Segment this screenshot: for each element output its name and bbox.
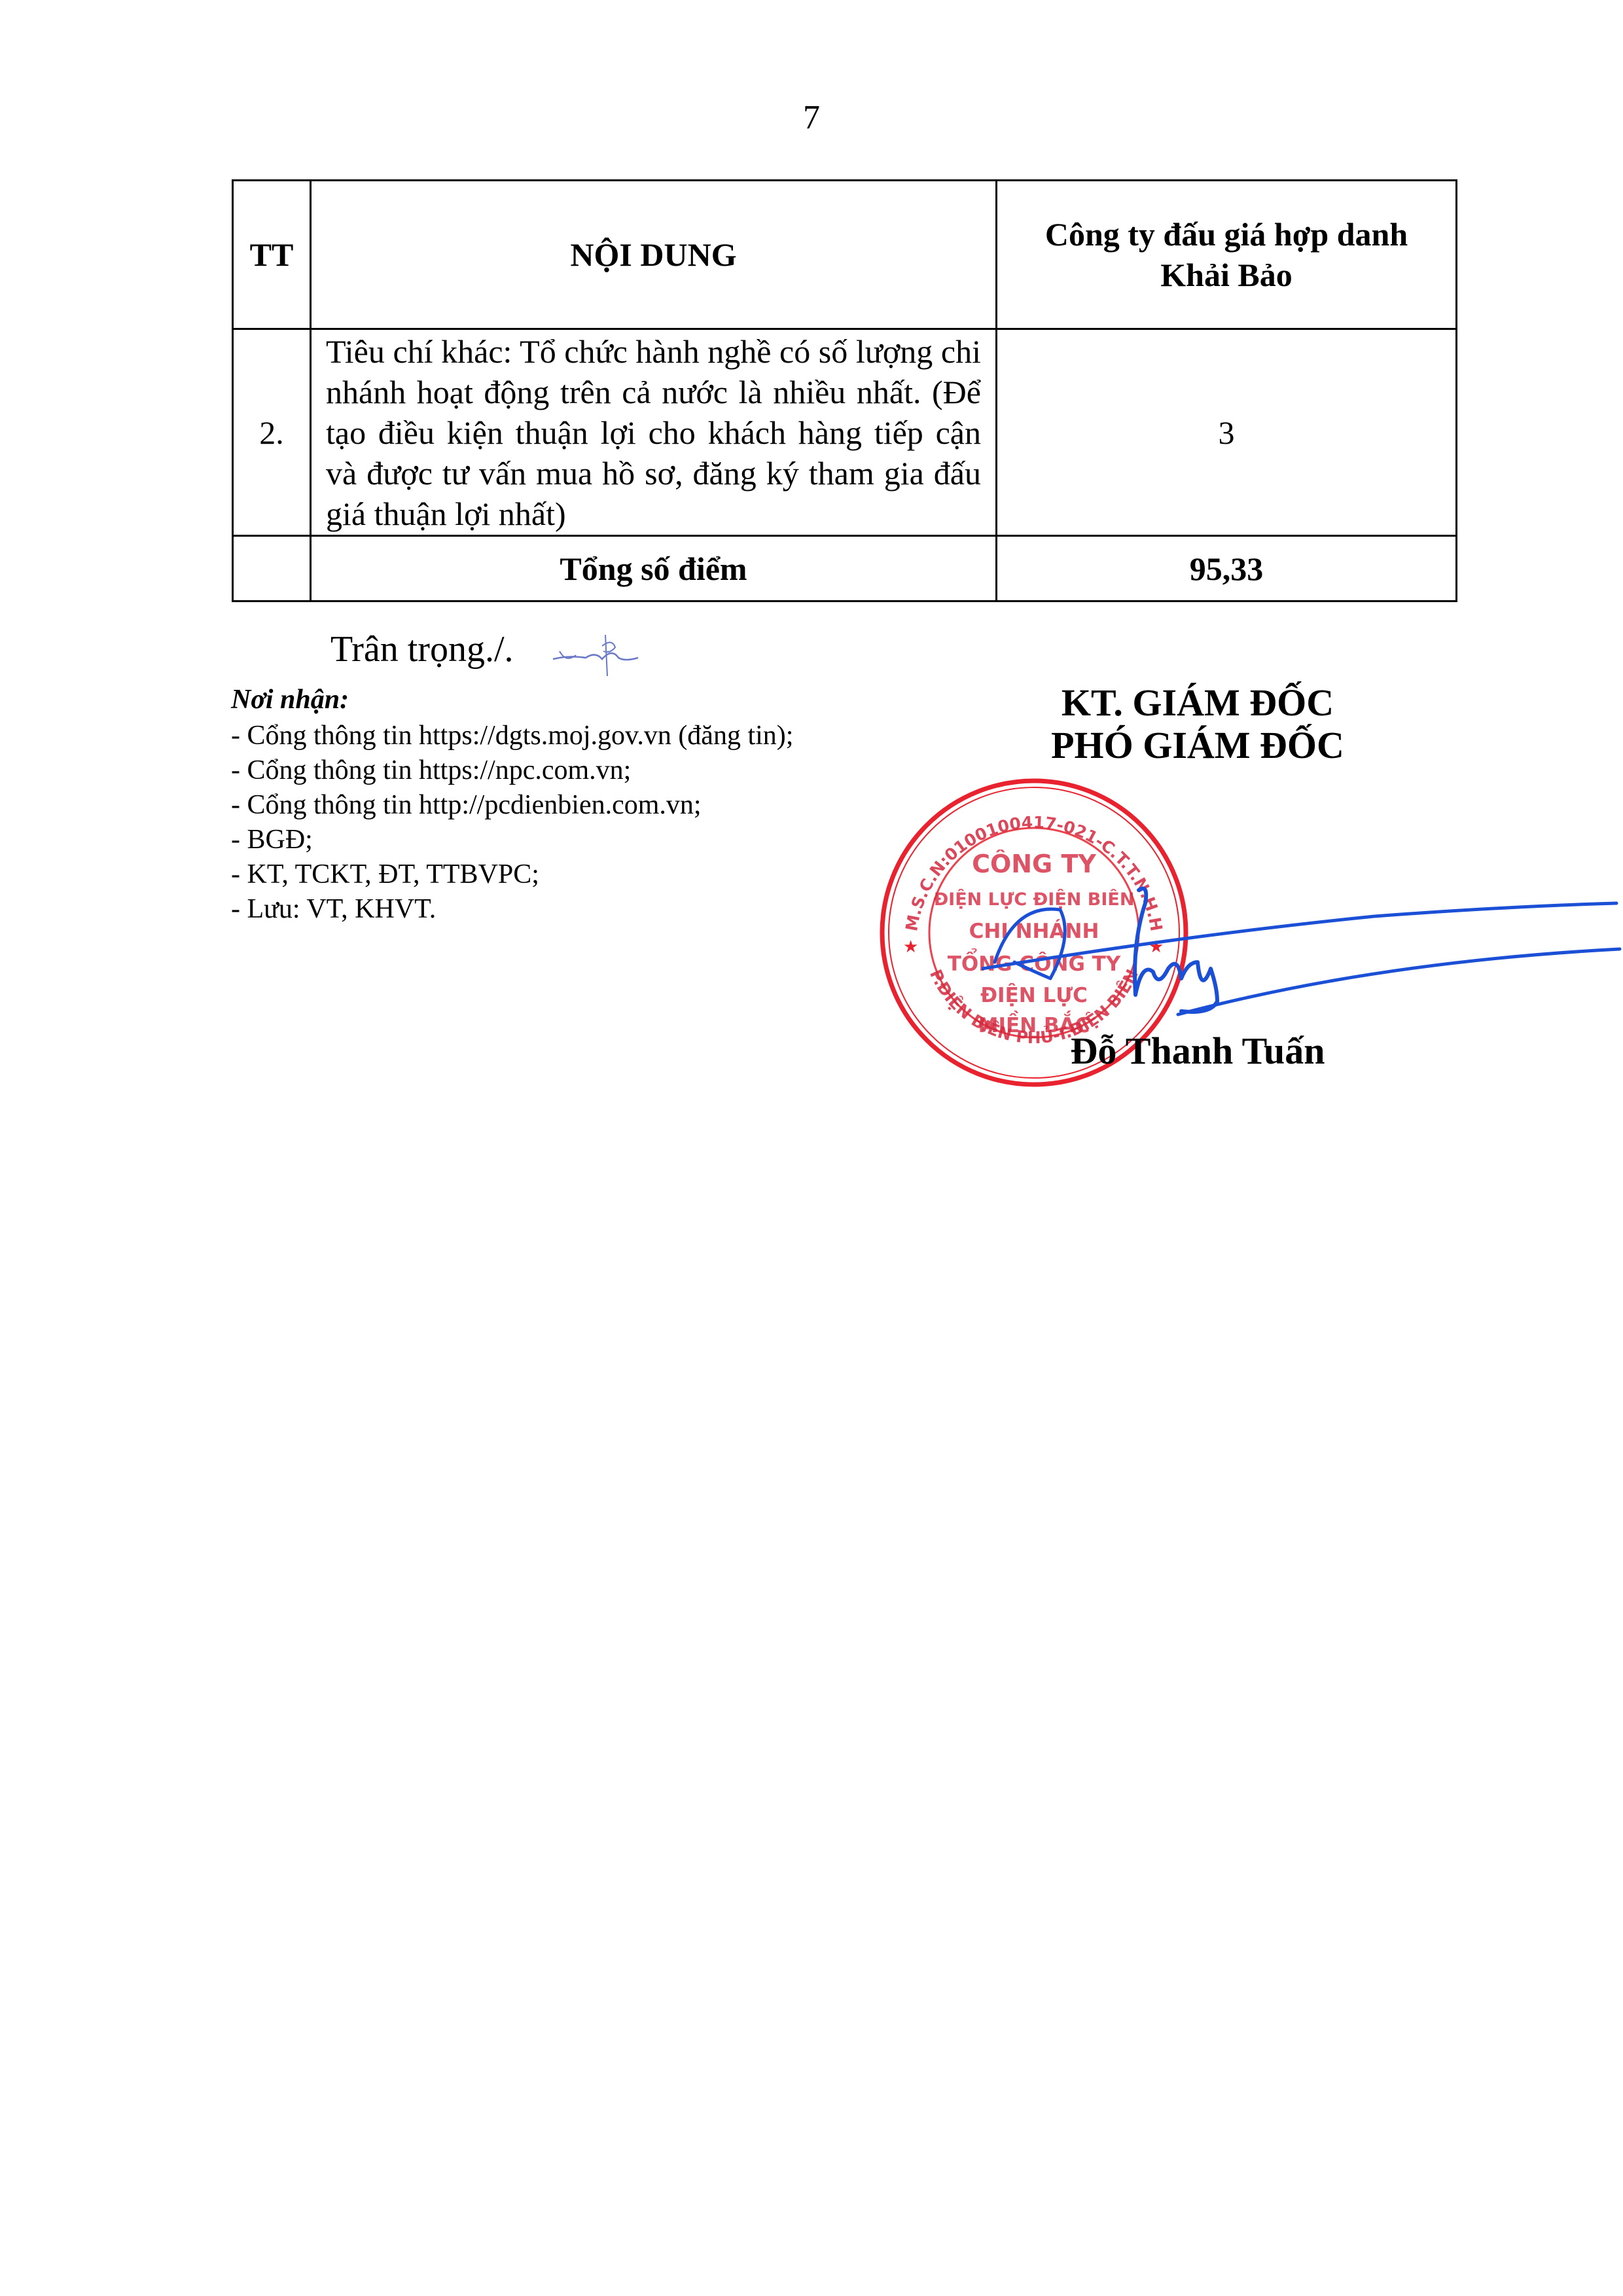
svg-text:★: ★ <box>903 937 918 957</box>
handwritten-signature-icon <box>982 864 1623 1021</box>
recipients-title: Nơi nhận: <box>231 684 349 715</box>
page-number: 7 <box>0 98 1623 137</box>
total-score: 95,33 <box>997 536 1457 601</box>
table-header-row: TT NỘI DUNG Công ty đấu giá hợp danh Khả… <box>233 181 1457 329</box>
initial-signature-icon <box>550 632 641 677</box>
signer-title-line2: PHÓ GIÁM ĐỐC <box>916 723 1479 767</box>
row-score: 3 <box>997 329 1457 536</box>
header-company: Công ty đấu giá hợp danh Khải Bảo <box>997 181 1457 329</box>
header-company-line2: Khải Bảo <box>997 255 1455 295</box>
recipient-item: - Cổng thông tin https://dgts.moj.gov.vn… <box>231 719 793 753</box>
score-table: TT NỘI DUNG Công ty đấu giá hợp danh Khả… <box>232 179 1457 602</box>
recipient-item: - KT, TCKT, ĐT, TTBVPC; <box>231 857 793 892</box>
header-company-line1: Công ty đấu giá hợp danh <box>997 214 1455 255</box>
total-tt-empty <box>233 536 311 601</box>
closing-text: Trân trọng./. <box>330 628 514 670</box>
signer-title-line1: KT. GIÁM ĐỐC <box>916 681 1479 725</box>
header-content: NỘI DUNG <box>311 181 997 329</box>
recipient-item: - Lưu: VT, KHVT. <box>231 892 793 927</box>
row-content: Tiêu chí khác: Tổ chức hành nghề có số l… <box>311 329 997 536</box>
signer-name: Đỗ Thanh Tuấn <box>916 1029 1479 1073</box>
recipient-item: - Cổng thông tin http://pcdienbien.com.v… <box>231 788 793 823</box>
total-row: Tổng số điểm 95,33 <box>233 536 1457 601</box>
table-row: 2. Tiêu chí khác: Tổ chức hành nghề có s… <box>233 329 1457 536</box>
header-tt: TT <box>233 181 311 329</box>
recipient-item: - Cổng thông tin https://npc.com.vn; <box>231 753 793 788</box>
recipient-item: - BGĐ; <box>231 823 793 857</box>
row-tt: 2. <box>233 329 311 536</box>
recipients-list: - Cổng thông tin https://dgts.moj.gov.vn… <box>231 719 793 927</box>
total-label: Tổng số điểm <box>311 536 997 601</box>
